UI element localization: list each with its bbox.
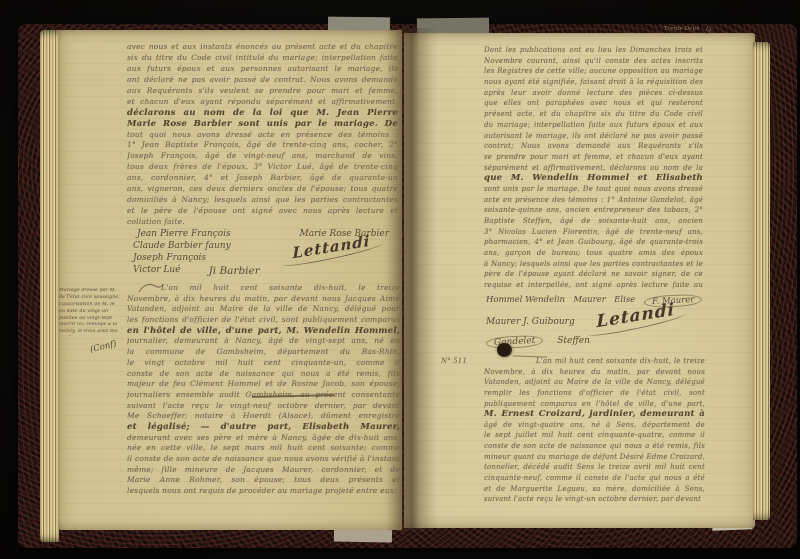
manuscript-line: soixante-quinze ans, ancien entrepreneur…	[484, 205, 703, 216]
folio-header: Trente Deux 9	[664, 26, 712, 37]
manuscript-line: en date du vingt-un octobre,	[59, 309, 123, 316]
manuscript-line: Vatanden, adjoint au Maire de la ville d…	[484, 377, 705, 388]
page-edges-right	[753, 42, 770, 520]
manuscript-line: Mariage dressé par M. l'officier	[59, 288, 123, 295]
manuscript-line: majeur de feu Clément Hommel et de Rosin…	[127, 379, 400, 390]
manuscript-line: pharmacien, 4° et Jean Guibourg, âgé de …	[484, 237, 703, 248]
signature: Elise	[614, 295, 635, 307]
manuscript-line: publiquement comparus en l'hôtel de vill…	[484, 399, 705, 410]
manuscript-line: ans, garçon de bureau; tous quatre amis …	[484, 248, 703, 259]
page-edges-left	[40, 30, 59, 542]
signature: Ji Barbier	[209, 265, 260, 277]
manuscript-line: autorisant le mariage, ils ont déclaré n…	[484, 131, 703, 142]
manuscript-line: de l'état civil soussigné, vu	[59, 295, 123, 302]
signature: Claude Barbier fauny	[133, 241, 231, 253]
manuscript-line: âgé de vingt-quatre ans, né à Sens, dépa…	[484, 420, 705, 431]
manuscript-line: ans, vigneron, ces deux derniers oncles …	[127, 184, 398, 195]
manuscript-line: et légalisé; — d'autre part, Elisabeth M…	[127, 422, 400, 433]
manuscript-line: journalier, demeurant à Nancy, âgé de vi…	[127, 336, 400, 347]
manuscript-line: inscrit ici; renvoyé à la mairie de	[59, 322, 123, 329]
act-body-text: Dont les publications ont eu lieu les Di…	[484, 45, 703, 291]
signature-row: Joseph François	[133, 253, 395, 265]
manuscript-line: suivant l'acte reçu le vingt-neuf octobr…	[127, 401, 400, 412]
act-opening-text: L'an mil huit cent soixante dix-huit, le…	[127, 283, 400, 497]
signature-row: Maurer J. Guibourg	[486, 317, 575, 327]
manuscript-line: la commune de Gambsheim, département du …	[127, 347, 400, 358]
manuscript-line: M. Ernest Croizard, jardinier, demeurant…	[484, 409, 705, 420]
manuscript-line: que M. Wendelin Hommel et Elisabeth Maur…	[484, 173, 703, 184]
manuscript-line: Nancy, le trois août mil neuf cent.	[59, 329, 123, 336]
ink-blot	[497, 343, 512, 357]
manuscript-line: 3° Nicolas Lucien Florentin, âgé de tren…	[484, 227, 703, 238]
manuscript-line: ans, cordonnier, 4° et Joseph Barbier, â…	[127, 173, 398, 184]
manuscript-line: Vatanden, adjoint au Maire de la ville d…	[127, 304, 400, 315]
manuscript-line: il conste de son acte de naissance que n…	[127, 454, 400, 465]
manuscript-line: 1° Jean Baptiste François, âgé de trente…	[127, 140, 398, 151]
manuscript-line: contrat; Nous avons demandé aux Requéran…	[484, 141, 703, 152]
manuscript-line: Marie Anne Rohmer, son épouse; tous deux…	[127, 475, 400, 486]
manuscript-line: avec nous et aux instants énoncés au pré…	[127, 42, 398, 53]
manuscript-line: et chacun d'eux ayant répondu séparément…	[127, 97, 398, 108]
manuscript-line: que elles ont paraphées avec nous et qui…	[484, 98, 703, 109]
manuscript-line: cinquante-neuf, comme il conste de l'act…	[484, 473, 705, 484]
manuscript-line: se prendre pour mari et femme, et chacun…	[484, 152, 703, 163]
manuscript-line: Novembre, à dix heures du matin, par dev…	[484, 367, 705, 378]
registry-scan-photo: avec nous et aux instants énoncés au pré…	[0, 0, 800, 559]
signature: Steffen	[557, 336, 590, 348]
manuscript-line: sont unis par le mariage. De tout quoi n…	[484, 184, 703, 195]
manuscript-line: séparément et affirmativement, déclarons…	[484, 163, 703, 174]
act-number-label: N° 511	[441, 356, 467, 365]
manuscript-line: nous ayant été signifiée, faisant droit …	[484, 77, 703, 88]
manuscript-line: publiée au vingt-sept octobre,	[59, 316, 123, 323]
manuscript-line: remplir les fonctions d'officier de l'ét…	[484, 388, 705, 399]
signature: Joseph François	[133, 253, 206, 265]
manuscript-line: à Nancy; lesquels ainsi que les parties …	[484, 259, 703, 270]
manuscript-line: mineur quant au mariage de défunt Désiré…	[484, 452, 705, 463]
signature: Hommel Wendelin	[486, 295, 565, 307]
manuscript-line: Joseph François, âgé de vingt-neuf ans, …	[127, 151, 398, 162]
manuscript-line: Baptiste Steffen, âgé de soixante-huit a…	[484, 216, 703, 227]
manuscript-line: demeurant avec ses père et mère à Nancy,…	[127, 433, 400, 444]
manuscript-line: aux Requérants s'ils veulent se prendre …	[127, 86, 398, 97]
manuscript-line: l'autorisation de M. le procureur,	[59, 302, 123, 309]
manuscript-line: lesquels nous ont requis de procéder au …	[127, 486, 400, 497]
manuscript-line: présent acte, et du chapitre six du titr…	[484, 109, 703, 120]
manuscript-line: Marie Rose Barbier sont unis par le mari…	[127, 119, 398, 130]
next-act-text: L'an mil huit cent soixante dix-huit, le…	[484, 356, 705, 505]
signature: Gandelet	[486, 335, 544, 350]
folio-label: Trente Deux	[664, 26, 699, 32]
manuscript-line: suivant l'acte reçu le vingt-un octobre …	[484, 494, 705, 505]
folio-number: 9	[704, 26, 712, 38]
manuscript-line: du mariage; interpellation faite aux fut…	[484, 120, 703, 131]
manuscript-line: L'an mil huit cent soixante dix-huit, le…	[127, 283, 400, 294]
signature: Maurer J. Guibourg	[486, 317, 575, 327]
manuscript-line: aux futurs époux et aux personnes autori…	[127, 64, 398, 75]
signature-row: Victor LuéJi Barbier	[133, 265, 395, 277]
manuscript-line: le sept juillet mil huit cent cinquante-…	[484, 430, 705, 441]
manuscript-line: conste de son acte de naissance qui nous…	[127, 369, 400, 380]
signature: Maurer	[573, 295, 605, 307]
manuscript-line: six du titre du Code civil intitulé du m…	[127, 53, 398, 64]
manuscript-line: le vingt octobre mil huit cent cinquante…	[127, 358, 400, 369]
act-conclusion-text: avec nous et aux instants énoncés au pré…	[127, 42, 398, 228]
manuscript-line: tous deux frères de l'époux, 3° Victor L…	[127, 162, 398, 173]
manuscript-line: ont déclaré ne pas avoir passé de contra…	[127, 75, 398, 86]
manuscript-line: après leur avoir donné lecture des pièce…	[484, 88, 703, 99]
margin-annotation: Mariage dressé par M. l'officierde l'éta…	[59, 288, 123, 336]
manuscript-line: Me Schaeffer, notaire à Hoerdt (Alsace),…	[127, 411, 400, 422]
manuscript-line: les fonctions d'officier de l'état civil…	[127, 315, 400, 326]
manuscript-line: requise et interpellée, ont signé après …	[484, 280, 703, 291]
manuscript-line: Novembre courant, ainsi qu'il conste des…	[484, 56, 703, 67]
manuscript-line: conste de son acte de naissance qui nous…	[484, 441, 705, 452]
manuscript-line: acte en présence des témoins : 1° Antoin…	[484, 195, 703, 206]
signature: Victor Lué	[133, 265, 181, 277]
manuscript-line: née en cette ville, le sept mars mil hui…	[127, 443, 400, 454]
manuscript-line: même; fille mineure de Jacques Maurer, c…	[127, 465, 400, 476]
manuscript-line: collation faite.	[127, 217, 398, 228]
manuscript-line: tonnelier, décédé audit Sens le treize a…	[484, 462, 705, 473]
manuscript-line: L'an mil huit cent soixante dix-huit, le…	[484, 356, 705, 367]
manuscript-line: et le père de l'épouse ont signé avec no…	[127, 206, 398, 217]
manuscript-line: et de Marguerite Legueu, sa mère, domici…	[484, 484, 705, 495]
manuscript-line: en l'hôtel de ville, d'une part, M. Wend…	[127, 326, 400, 337]
manuscript-line: domiciliés à Nancy; lesquels ainsi que l…	[127, 195, 398, 206]
manuscript-line: les Registres de cette ville; aucune opp…	[484, 66, 703, 77]
manuscript-line: père de l'épouse ayant déclaré ne savoir…	[484, 269, 703, 280]
signature: Jean Pierre François	[137, 229, 231, 241]
manuscript-line: déclarons au nom de la loi que M. Jean P…	[127, 108, 398, 119]
manuscript-line: tout quoi nous avons dressé acte en prés…	[127, 130, 398, 141]
manuscript-line: Novembre, à dix heures du matin, par dev…	[127, 294, 400, 305]
manuscript-line: Dont les publications ont eu lieu les Di…	[484, 45, 703, 56]
